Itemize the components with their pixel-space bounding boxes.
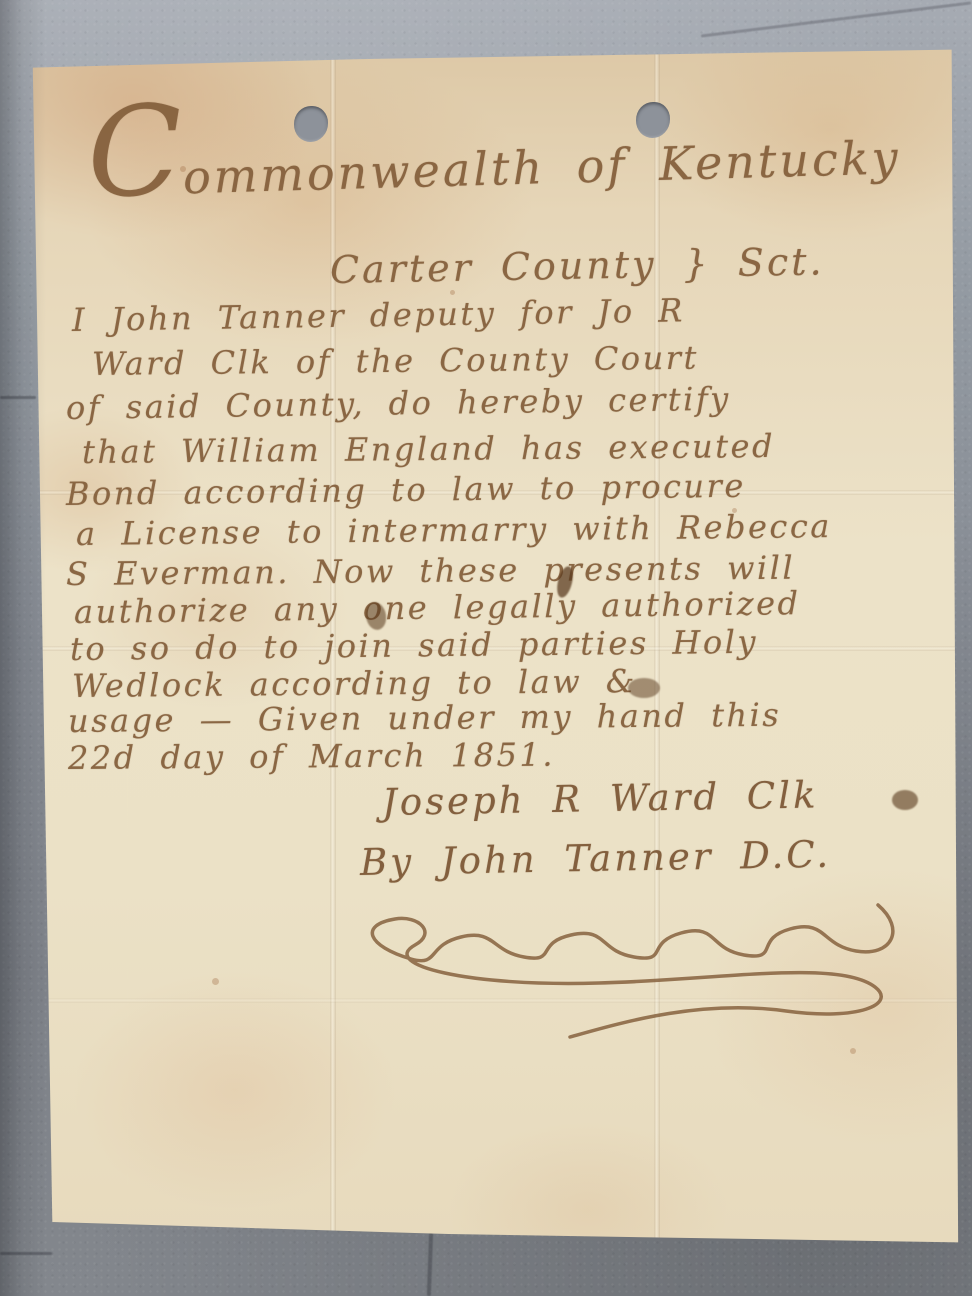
ink-blot: [892, 790, 918, 810]
punch-hole-right: [636, 102, 670, 138]
heading-county: Carter County } Sct.: [330, 242, 825, 289]
foxing-speck: [212, 978, 219, 985]
body-line: that William England has executed: [82, 430, 775, 468]
signature-flourish: [320, 891, 910, 1051]
body-line: a License to intermarry with Rebecca: [76, 510, 832, 550]
body-line: Ward Clk of the County Court: [92, 342, 699, 380]
heading-commonwealth: Commonwealth of Kentucky: [87, 131, 901, 203]
body-line: I John Tanner deputy for Jo R: [72, 294, 685, 336]
body-line: Wedlock according to law &: [72, 665, 637, 702]
body-line: authorize any one legally authorized: [74, 587, 801, 628]
signature-deputy: By John Tanner D.C.: [360, 836, 832, 881]
surface-seam-top-right: [701, 1, 971, 37]
body-line: Bond according to law to procure: [66, 470, 746, 510]
ink-blot: [628, 678, 660, 698]
foxing-speck: [450, 290, 455, 295]
foxing-speck: [850, 1048, 856, 1054]
surface-seam-bottom-left: [0, 1252, 52, 1255]
photograph-of-document: Commonwealth of Kentucky Carter County }…: [0, 0, 972, 1296]
body-line: 22d day of March 1851.: [68, 739, 555, 774]
body-line: usage — Given under my hand this: [68, 699, 782, 737]
body-line: of said County, do hereby certify: [66, 383, 731, 424]
foxing-speck: [180, 166, 186, 172]
surface-seam-left: [0, 396, 36, 399]
body-line: S Everman. Now these presents will: [66, 552, 795, 590]
surface-seam-vertical: [427, 1233, 433, 1296]
foxing-speck: [732, 508, 737, 513]
paper-sheet: Commonwealth of Kentucky Carter County }…: [30, 46, 960, 1246]
body-line: to so do to join said parties Holy: [70, 626, 758, 665]
punch-hole-left: [294, 106, 328, 142]
signature-clerk: Joseph R Ward Clk: [382, 776, 819, 821]
